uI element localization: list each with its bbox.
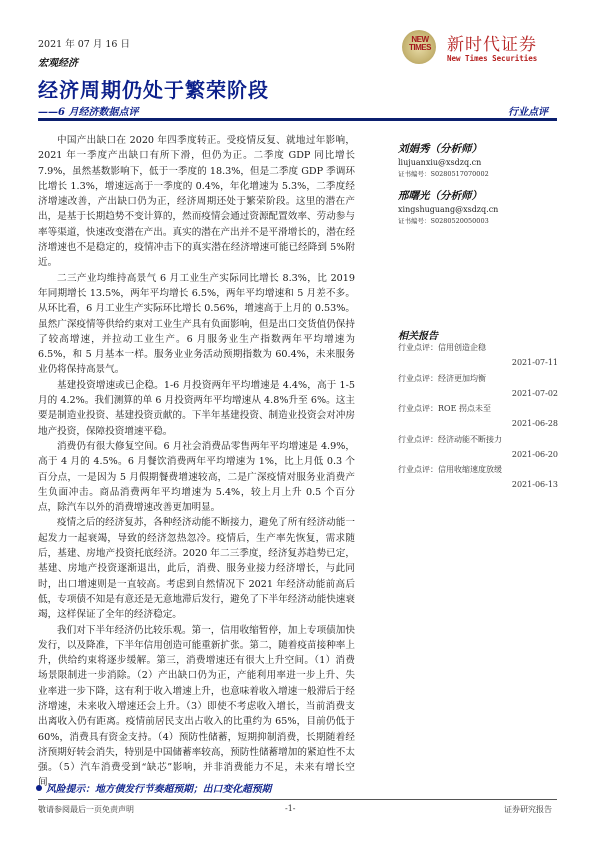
company-logo: NEW TIMES 新时代证券 New Times Securities	[402, 28, 592, 68]
risk-text: 风险提示：地方债发行节奏超预期；出口变化超预期	[46, 784, 271, 795]
body-paragraph: 疫情之后的经济复苏，各种经济动能不断接力，避免了所有经济动能一起发力一起衰竭，导…	[38, 515, 355, 622]
body-paragraph: 基建投资增速或已企稳。1-6 月投资两年平均增速是 4.4%，高于 1-5 月的…	[38, 378, 355, 439]
analyst-name: 邢曙光（分析师）	[398, 188, 558, 203]
body-paragraph: 二三产业均维持高景气 6 月工业生产实际同比增长 8.3%，比 2019 年同期…	[38, 271, 355, 378]
analyst-name: 刘娟秀（分析师）	[398, 141, 558, 156]
report-title: 经济周期仍处于繁荣阶段	[38, 74, 269, 103]
related-report-date: 2021-06-13	[512, 480, 558, 489]
report-date: 2021 年 07 月 16 日	[38, 36, 130, 50]
related-report-date: 2021-07-02	[512, 389, 558, 398]
header-rule	[38, 118, 557, 121]
logo-badge-line2: TIMES	[398, 44, 442, 52]
related-report-item[interactable]: 行业点评：ROE 拐点未至 2021-06-28	[398, 403, 558, 434]
related-report-item[interactable]: 行业点评：信用收缩速度放缓 2021-06-13	[398, 464, 558, 495]
related-report-date: 2021-06-20	[512, 450, 558, 459]
related-report-label: 行业点评：经济更加均衡	[398, 373, 486, 384]
bullet-icon	[36, 785, 42, 791]
related-reports-list: 行业点评：信用创造企稳 2021-07-11 行业点评：经济更加均衡 2021-…	[398, 342, 558, 495]
analyst-card: 邢曙光（分析师） xingshuguang@xsdzq.cn 证书编号：S028…	[398, 188, 558, 225]
analyst-cert: 证书编号：S0280517070002	[398, 169, 558, 178]
analyst-email[interactable]: xingshuguang@xsdzq.cn	[398, 205, 558, 214]
related-report-item[interactable]: 行业点评：信用创造企稳 2021-07-11	[398, 342, 558, 373]
logo-name-en: New Times Securities	[447, 54, 537, 63]
analyst-sidebar: 刘娟秀（分析师） liujuanxiu@xsdzq.cn 证书编号：S02805…	[398, 133, 558, 235]
body-paragraph: 消费仍有很大修复空间。6 月社会消费品零售两年平均增速是 4.9%，高于 4 月…	[38, 439, 355, 515]
related-report-item[interactable]: 行业点评：经济动能不断接力 2021-06-20	[398, 434, 558, 465]
report-doc-type: 行业点评	[508, 103, 548, 118]
related-report-label: 行业点评：经济动能不断接力	[398, 434, 502, 445]
analyst-cert: 证书编号：S0280520050003	[398, 216, 558, 225]
related-reports-title: 相关报告	[398, 327, 438, 342]
footer-report-type: 证券研究报告	[504, 804, 552, 815]
analyst-card: 刘娟秀（分析师） liujuanxiu@xsdzq.cn 证书编号：S02805…	[398, 141, 558, 178]
logo-badge-text: NEW TIMES	[398, 36, 442, 52]
logo-name-cn: 新时代证券	[447, 30, 537, 55]
related-report-item[interactable]: 行业点评：经济更加均衡 2021-07-02	[398, 373, 558, 404]
related-report-label: 行业点评：信用创造企稳	[398, 342, 486, 353]
related-report-label: 行业点评：ROE 拐点未至	[398, 403, 491, 414]
body-paragraph: 我们对下半年经济仍比较乐观。第一，信用收缩暂停，加上专项债加快发行，以及降准，下…	[38, 623, 355, 791]
footer-disclaimer: 敬请参阅最后一页免责声明	[38, 804, 134, 815]
related-report-date: 2021-07-11	[512, 358, 558, 367]
body-column: 中国产出缺口在 2020 年四季度转正。受疫情反复、就地过年影响，2021 年一…	[38, 133, 355, 791]
related-report-date: 2021-06-28	[512, 419, 558, 428]
report-category: 宏观经济	[38, 54, 78, 69]
footer-rule	[38, 799, 557, 800]
report-subtitle: ——6 月经济数据点评	[38, 103, 138, 118]
related-report-label: 行业点评：信用收缩速度放缓	[398, 464, 502, 475]
page-number: -1-	[285, 804, 296, 813]
body-paragraph: 中国产出缺口在 2020 年四季度转正。受疫情反复、就地过年影响，2021 年一…	[38, 133, 355, 271]
analyst-email[interactable]: liujuanxiu@xsdzq.cn	[398, 158, 558, 167]
risk-warning: 风险提示：地方债发行节奏超预期；出口变化超预期	[36, 781, 271, 795]
